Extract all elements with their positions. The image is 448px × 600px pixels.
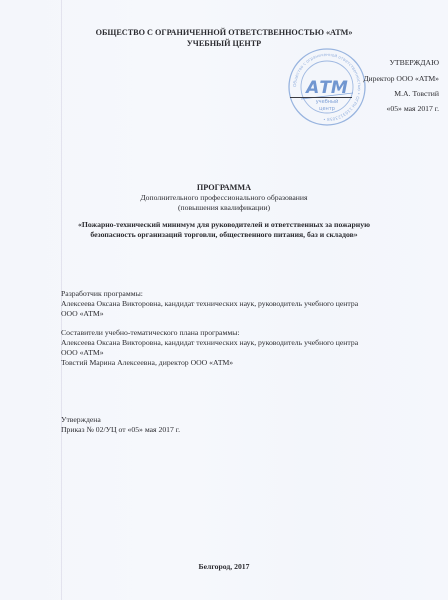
compilers-line-1: Алексеева Оксана Викторовна, кандидат те… [61,338,358,347]
compilers-line-2: ООО «АТМ» [61,348,104,357]
department-name: УЧЕБНЫЙ ЦЕНТР [0,39,448,48]
program-title: ПРОГРАММА [0,183,448,192]
approved-order: Приказ № 02/УЦ от «05» мая 2017 г. [61,425,180,434]
city-year: Белгород, 2017 [0,562,448,571]
approved-label: Утверждена [61,415,101,424]
signature-line [290,97,352,98]
approval-date: «05» мая 2017 г. [387,104,439,113]
program-name-line-1: «Пожарно-технический минимум для руковод… [0,220,448,229]
approval-position: Директор ООО «АТМ» [363,74,439,83]
document-page: ОБЩЕСТВО С ОГРАНИЧЕННОЙ ОТВЕТСТВЕННОСТЬЮ… [0,0,448,600]
seal-icon: Общество с ограниченной ответственностью… [287,47,367,127]
svg-text:АТМ: АТМ [304,78,348,98]
org-name: ОБЩЕСТВО С ОГРАНИЧЕННОЙ ОТВЕТСТВЕННОСТЬЮ… [0,28,448,37]
svg-text:центр: центр [319,106,335,112]
program-subtitle-2: (повышения квалификации) [0,203,448,212]
developer-line-1: Алексеева Оксана Викторовна, кандидат те… [61,299,358,308]
approval-title: УТВЕРЖДАЮ [389,58,439,67]
compilers-label: Составители учебно-тематического плана п… [61,328,240,337]
official-seal-stamp: Общество с ограниченной ответственностью… [287,47,367,127]
approval-signatory: М.А. Товстий [394,89,439,98]
program-name-line-2: безопасность организаций торговли, общес… [0,230,448,239]
developer-label: Разработчик программы: [61,289,143,298]
program-subtitle-1: Дополнительного профессионального образо… [0,193,448,202]
svg-text:учебный: учебный [316,98,339,105]
compilers-line-3: Товстий Марина Алексеевна, директор ООО … [61,358,233,367]
developer-line-2: ООО «АТМ» [61,309,104,318]
